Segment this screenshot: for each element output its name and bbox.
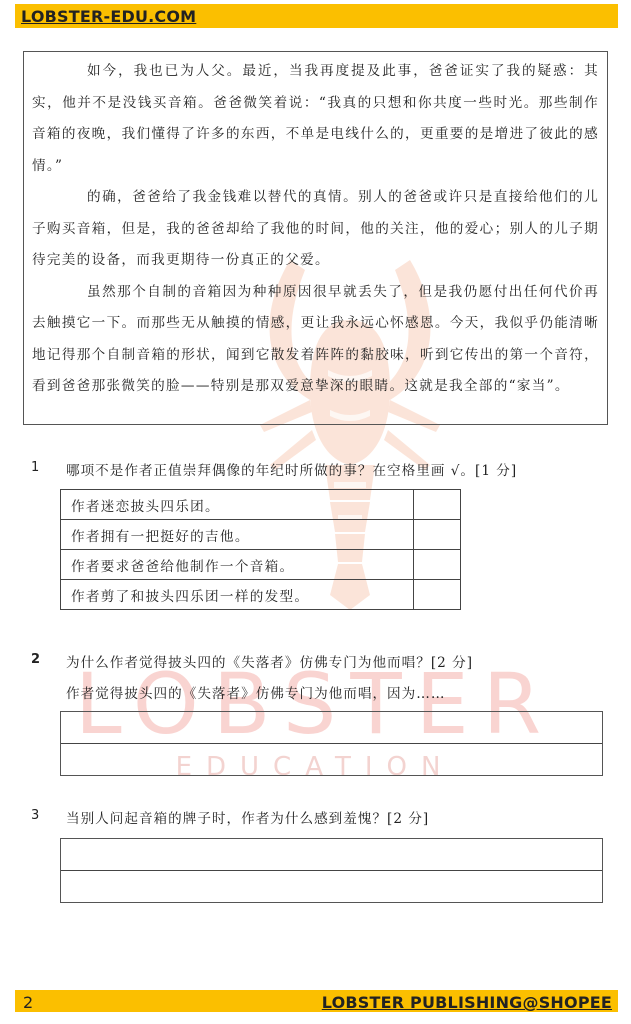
passage-paragraph: 如今，我也已为人父。最近，当我再度提及此事，爸爸证实了我的疑惑：其实，他并不是没… — [32, 56, 599, 182]
tick-box[interactable] — [414, 580, 461, 610]
question-number: 1 — [31, 460, 39, 475]
question-number: 3 — [31, 808, 39, 823]
choice-row: 作者拥有一把挺好的吉他。 — [61, 520, 461, 550]
site-link[interactable]: LOBSTER-EDU.COM — [21, 7, 196, 26]
answer-line[interactable] — [61, 743, 602, 775]
choice-option: 作者拥有一把挺好的吉他。 — [61, 520, 414, 550]
choice-option: 作者要求爸爸给他制作一个音箱。 — [61, 550, 414, 580]
reading-passage: 如今，我也已为人父。最近，当我再度提及此事，爸爸证实了我的疑惑：其实，他并不是没… — [23, 51, 608, 425]
question-text: 为什么作者觉得披头四的《失落者》仿佛专门为他而唱？[2 分] — [66, 651, 473, 671]
tick-box[interactable] — [414, 520, 461, 550]
choice-option: 作者剪了和披头四乐团一样的发型。 — [61, 580, 414, 610]
passage-paragraph: 虽然那个自制的音箱因为种种原因很早就丢失了，但是我仍愿付出任何代价再去触摸它一下… — [32, 277, 599, 403]
answer-box[interactable] — [60, 838, 603, 903]
page-number: 2 — [23, 993, 33, 1012]
footer-bar: 2 LOBSTER PUBLISHING@SHOPEE — [15, 990, 618, 1012]
choice-table: 作者迷恋披头四乐团。 作者拥有一把挺好的吉他。 作者要求爸爸给他制作一个音箱。 … — [60, 489, 461, 610]
answer-line[interactable] — [61, 839, 602, 870]
choice-row: 作者剪了和披头四乐团一样的发型。 — [61, 580, 461, 610]
answer-line[interactable] — [61, 870, 602, 902]
choice-option: 作者迷恋披头四乐团。 — [61, 490, 414, 520]
tick-box[interactable] — [414, 550, 461, 580]
question-number: 2 — [31, 652, 40, 667]
choice-row: 作者要求爸爸给他制作一个音箱。 — [61, 550, 461, 580]
shop-link[interactable]: LOBSTER PUBLISHING@SHOPEE — [322, 993, 612, 1012]
header-bar: LOBSTER-EDU.COM — [15, 4, 618, 28]
question-text: 当别人问起音箱的牌子时，作者为什么感到羞愧？[2 分] — [66, 807, 429, 827]
answer-box[interactable] — [60, 711, 603, 776]
passage-paragraph: 的确，爸爸给了我金钱难以替代的真情。别人的爸爸或许只是直接给他们的儿子购买音箱，… — [32, 182, 599, 277]
answer-line[interactable] — [61, 712, 602, 743]
answer-prompt: 作者觉得披头四的《失落者》仿佛专门为他而唱，因为…… — [66, 682, 445, 702]
tick-box[interactable] — [414, 490, 461, 520]
choice-row: 作者迷恋披头四乐团。 — [61, 490, 461, 520]
question-text: 哪项不是作者正值崇拜偶像的年纪时所做的事？在空格里画 √。[1 分] — [66, 459, 517, 479]
